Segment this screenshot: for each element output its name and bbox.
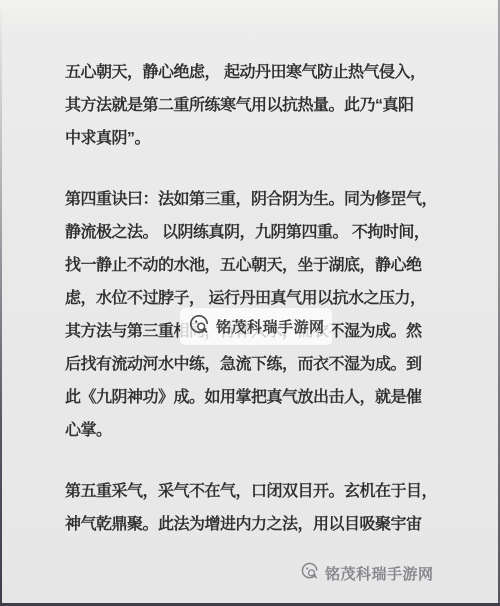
article-text-line: 神气乾鼎聚。此法为增进内力之法，用以目吸聚宇宙	[65, 508, 443, 541]
watermark-text: 铭茂科瑞手游网	[216, 316, 325, 337]
article-page: 五心朝天，静心绝虑， 起动丹田寒气防止热气侵入， 其方法就是第二重所练寒气用以抗…	[0, 0, 500, 606]
magnifier-logo-icon	[300, 561, 320, 586]
article-text-line: 中求真阴”。	[65, 122, 443, 155]
watermark-badge: 铭茂科瑞手游网	[180, 308, 332, 345]
article-paragraph-3: 第五重采气，采气不在气，口闭双目开。玄机在于目， 神气乾鼎聚。此法为增进内力之法…	[65, 475, 443, 541]
article-text-line: 找一静止不动的水池，五心朝天，坐于湖底，静心绝	[65, 249, 443, 282]
article-text-line: 心掌。	[65, 414, 443, 447]
article-text-line: 第五重采气，采气不在气，口闭双目开。玄机在于目，	[65, 475, 443, 508]
magnifier-logo-icon	[188, 313, 211, 341]
article-text-line: 此《九阴神功》成。如用掌把真气放出击人，就是催	[65, 381, 443, 414]
article-text-line: 其方法就是第二重所练寒气用以抗热量。此乃“真阳	[65, 89, 443, 122]
watermark-text: 铭茂科瑞手游网	[325, 563, 434, 584]
article-paragraph-1: 五心朝天，静心绝虑， 起动丹田寒气防止热气侵入， 其方法就是第二重所练寒气用以抗…	[65, 56, 443, 155]
article-text-line: 第四重诀曰：法如第三重，阴合阴为生。同为修罡气，	[65, 183, 443, 216]
bottom-watermark: 铭茂科瑞手游网	[300, 561, 434, 586]
frame-edge-left	[0, 0, 2, 606]
article-text-line: 后找有流动河水中练，急流下练，而衣不湿为成。到	[65, 348, 443, 381]
article-text-line: 五心朝天，静心绝虑， 起动丹田寒气防止热气侵入，	[65, 56, 443, 89]
article-text-line: 静流极之法。 以阴练真阴，九阴第四重。 不拘时间，	[65, 216, 443, 249]
